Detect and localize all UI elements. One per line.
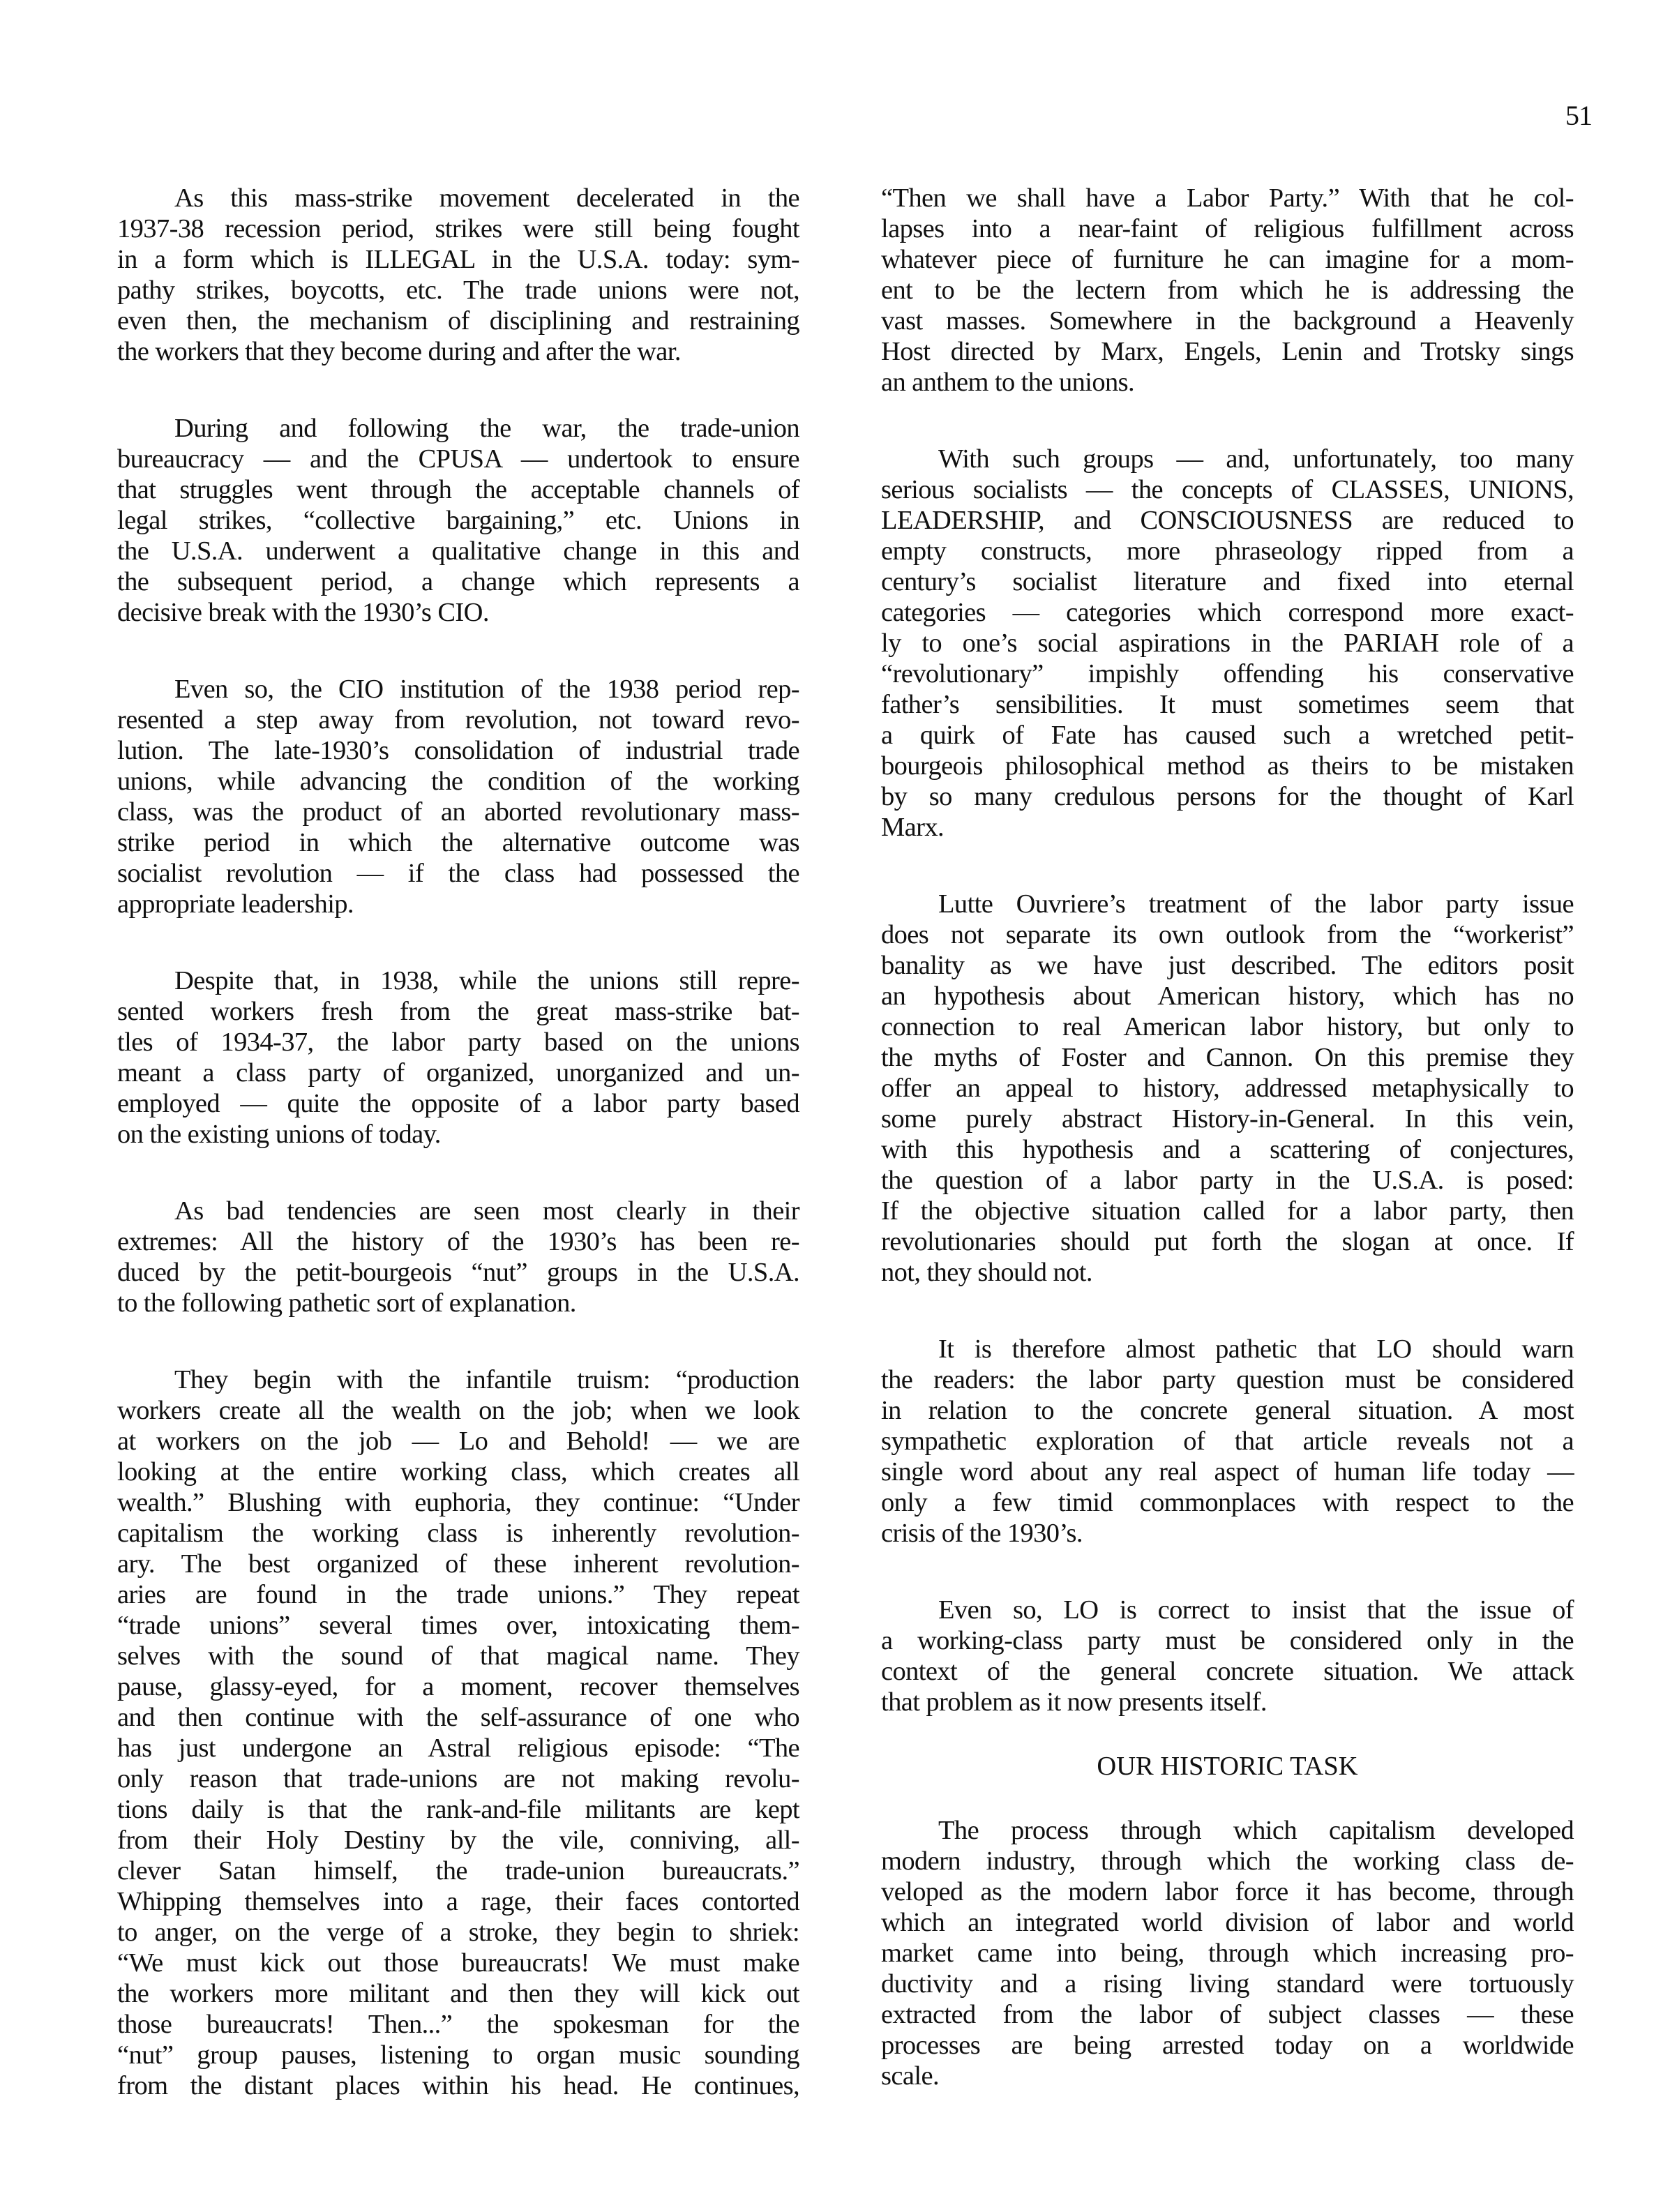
text-line: scale. — [881, 2061, 1574, 2091]
paragraph: Even so, LO is correct to insist that th… — [881, 1595, 1574, 1717]
text-line: a quirk of Fate has caused such a wretch… — [881, 720, 1574, 751]
text-line: ly to one’s social aspirations in the PA… — [881, 628, 1574, 659]
text-line: extracted from the labor of subject clas… — [881, 1999, 1574, 2030]
text-line: extremes: All the history of the 1930’s … — [117, 1226, 799, 1257]
text-line: They begin with the infantile truism: “p… — [117, 1364, 799, 1395]
text-line: even then, the mechanism of disciplining… — [117, 306, 799, 336]
text-line: some purely abstract History-in-General.… — [881, 1104, 1574, 1134]
text-line: “nut” group pauses, listening to organ m… — [117, 2040, 799, 2070]
text-line: which an integrated world division of la… — [881, 1907, 1574, 1938]
text-line: wealth.” Blushing with euphoria, they co… — [117, 1487, 799, 1518]
text-line: the myths of Foster and Cannon. On this … — [881, 1042, 1574, 1073]
text-line: in relation to the concrete general situ… — [881, 1395, 1574, 1426]
text-line: to the following pathetic sort of explan… — [117, 1288, 799, 1318]
text-line: modern industry, through which the worki… — [881, 1846, 1574, 1876]
text-line: ductivity and a rising living standard w… — [881, 1969, 1574, 1999]
paragraph: Lutte Ouvriere’s treatment of the labor … — [881, 889, 1574, 1288]
text-line: Host directed by Marx, Engels, Lenin and… — [881, 336, 1574, 367]
text-line: tions daily is that the rank-and-file mi… — [117, 1794, 799, 1825]
text-line: only reason that trade-unions are not ma… — [117, 1763, 799, 1794]
paragraph: Even so, the CIO institution of the 1938… — [117, 674, 799, 919]
text-line: the workers that they become during and … — [117, 336, 799, 367]
text-line: “Then we shall have a Labor Party.” With… — [881, 183, 1574, 213]
text-line: If the objective situation called for a … — [881, 1196, 1574, 1226]
text-line: clever Satan himself, the trade-union bu… — [117, 1856, 799, 1886]
text-line: an hypothesis about American history, wh… — [881, 981, 1574, 1011]
text-line: on the existing unions of today. — [117, 1119, 799, 1150]
text-line: an anthem to the unions. — [881, 367, 1574, 398]
text-line: with this hypothesis and a scattering of… — [881, 1134, 1574, 1165]
text-line: sented workers fresh from the great mass… — [117, 996, 799, 1027]
text-line: market came into being, through which in… — [881, 1938, 1574, 1969]
text-line: As this mass-strike movement decelerated… — [117, 183, 799, 213]
text-line: bourgeois philosophical method as theirs… — [881, 751, 1574, 781]
text-line: socialist revolution — if the class had … — [117, 858, 799, 889]
text-line: serious socialists — the concepts of CLA… — [881, 474, 1574, 505]
text-line: in a form which is ILLEGAL in the U.S.A.… — [117, 244, 799, 275]
text-line: does not separate its own outlook from t… — [881, 919, 1574, 950]
text-line: unions, while advancing the condition of… — [117, 766, 799, 797]
text-line: bureaucracy — and the CPUSA — undertook … — [117, 444, 799, 474]
page-number: 51 — [1535, 102, 1592, 130]
text-line: selves with the sound of that magical na… — [117, 1641, 799, 1671]
text-line: capitalism the working class is inherent… — [117, 1518, 799, 1549]
text-line: offer an appeal to history, addressed me… — [881, 1073, 1574, 1104]
text-line: ent to be the lectern from which he is a… — [881, 275, 1574, 306]
text-line: “We must kick out those bureaucrats! We … — [117, 1948, 799, 1978]
paragraph: As this mass-strike movement decelerated… — [117, 183, 799, 367]
paragraph: During and following the war, the trade-… — [117, 413, 799, 628]
text-line: at workers on the job — Lo and Behold! —… — [117, 1426, 799, 1457]
text-line: strike period in which the alternative o… — [117, 827, 799, 858]
text-line: employed — quite the opposite of a labor… — [117, 1088, 799, 1119]
text-line: revolutionaries should put forth the slo… — [881, 1226, 1574, 1257]
text-line: It is therefore almost pathetic that LO … — [881, 1334, 1574, 1364]
text-line: Even so, LO is correct to insist that th… — [881, 1595, 1574, 1625]
text-line: from their Holy Destiny by the vile, con… — [117, 1825, 799, 1856]
text-line: the question of a labor party in the U.S… — [881, 1165, 1574, 1196]
paragraph: The process through which capitalism dev… — [881, 1815, 1574, 2091]
section-heading: OUR HISTORIC TASK — [881, 1751, 1574, 1782]
text-line: by so many credulous persons for the tho… — [881, 781, 1574, 812]
text-line: the U.S.A. underwent a qualitative chang… — [117, 536, 799, 566]
text-line: processes are being arrested today on a … — [881, 2030, 1574, 2061]
text-line: LEADERSHIP, and CONSCIOUSNESS are reduce… — [881, 505, 1574, 536]
text-line: duced by the petit-bourgeois “nut” group… — [117, 1257, 799, 1288]
text-line: that struggles went through the acceptab… — [117, 474, 799, 505]
text-line: appropriate leadership. — [117, 889, 799, 919]
text-line: crisis of the 1930’s. — [881, 1518, 1574, 1549]
paragraph: It is therefore almost pathetic that LO … — [881, 1334, 1574, 1549]
text-line: only a few timid commonplaces with respe… — [881, 1487, 1574, 1518]
text-line: During and following the war, the trade-… — [117, 413, 799, 444]
paragraph: Despite that, in 1938, while the unions … — [117, 965, 799, 1150]
text-line: looking at the entire working class, whi… — [117, 1457, 799, 1487]
paragraph: With such groups — and, unfortunately, t… — [881, 444, 1574, 843]
text-line: “trade unions” several times over, intox… — [117, 1610, 799, 1641]
text-line: Despite that, in 1938, while the unions … — [117, 965, 799, 996]
text-line: banality as we have just described. The … — [881, 950, 1574, 981]
text-line: With such groups — and, unfortunately, t… — [881, 444, 1574, 474]
text-line: not, they should not. — [881, 1257, 1574, 1288]
text-line: Whipping themselves into a rage, their f… — [117, 1886, 799, 1917]
text-line: aries are found in the trade unions.” Th… — [117, 1579, 799, 1610]
text-line: decisive break with the 1930’s CIO. — [117, 597, 799, 628]
paragraph: “Then we shall have a Labor Party.” With… — [881, 183, 1574, 398]
text-line: Marx. — [881, 812, 1574, 843]
text-line: pause, glassy-eyed, for a moment, recove… — [117, 1671, 799, 1702]
text-line: resented a step away from revolution, no… — [117, 705, 799, 735]
text-line: meant a class party of organized, unorga… — [117, 1058, 799, 1088]
text-line: to anger, on the verge of a stroke, they… — [117, 1917, 799, 1948]
text-line: context of the general concrete situatio… — [881, 1656, 1574, 1687]
text-line: veloped as the modern labor force it has… — [881, 1876, 1574, 1907]
left-column: As this mass-strike movement decelerated… — [117, 183, 799, 2147]
text-line: the workers more militant and then they … — [117, 1978, 799, 2009]
text-line: tles of 1934-37, the labor party based o… — [117, 1027, 799, 1058]
text-line: connection to real American labor histor… — [881, 1011, 1574, 1042]
text-line: “revolutionary” impishly offending his c… — [881, 659, 1574, 689]
text-line: As bad tendencies are seen most clearly … — [117, 1196, 799, 1226]
text-line: from the distant places within his head.… — [117, 2070, 799, 2101]
text-line: single word about any real aspect of hum… — [881, 1457, 1574, 1487]
text-line: lapses into a near-faint of religious fu… — [881, 213, 1574, 244]
text-line: lution. The late-1930’s consolidation of… — [117, 735, 799, 766]
text-line: whatever piece of furniture he can imagi… — [881, 244, 1574, 275]
text-line: class, was the product of an aborted rev… — [117, 797, 799, 827]
text-line: legal strikes, “collective bargaining,” … — [117, 505, 799, 536]
text-line: and then continue with the self-assuranc… — [117, 1702, 799, 1733]
text-line: categories — categories which correspond… — [881, 597, 1574, 628]
text-line: sympathetic exploration of that article … — [881, 1426, 1574, 1457]
text-line: ary. The best organized of these inheren… — [117, 1549, 799, 1579]
text-line: father’s sensibilities. It must sometime… — [881, 689, 1574, 720]
text-line: The process through which capitalism dev… — [881, 1815, 1574, 1846]
text-line: Even so, the CIO institution of the 1938… — [117, 674, 799, 705]
right-column: “Then we shall have a Labor Party.” With… — [881, 183, 1574, 2137]
text-line: a working-class party must be considered… — [881, 1625, 1574, 1656]
text-line: Lutte Ouvriere’s treatment of the labor … — [881, 889, 1574, 919]
text-line: pathy strikes, boycotts, etc. The trade … — [117, 275, 799, 306]
text-line: that problem as it now presents itself. — [881, 1687, 1574, 1717]
paragraph: As bad tendencies are seen most clearly … — [117, 1196, 799, 1318]
text-line: century’s socialist literature and fixed… — [881, 566, 1574, 597]
text-line: has just undergone an Astral religious e… — [117, 1733, 799, 1763]
text-line: the readers: the labor party question mu… — [881, 1364, 1574, 1395]
text-line: empty constructs, more phraseology rippe… — [881, 536, 1574, 566]
text-line: workers create all the wealth on the job… — [117, 1395, 799, 1426]
text-line: 1937-38 recession period, strikes were s… — [117, 213, 799, 244]
text-line: vast masses. Somewhere in the background… — [881, 306, 1574, 336]
text-line: those bureaucrats! Then...” the spokesma… — [117, 2009, 799, 2040]
text-line: the subsequent period, a change which re… — [117, 566, 799, 597]
paragraph: They begin with the infantile truism: “p… — [117, 1364, 799, 2101]
